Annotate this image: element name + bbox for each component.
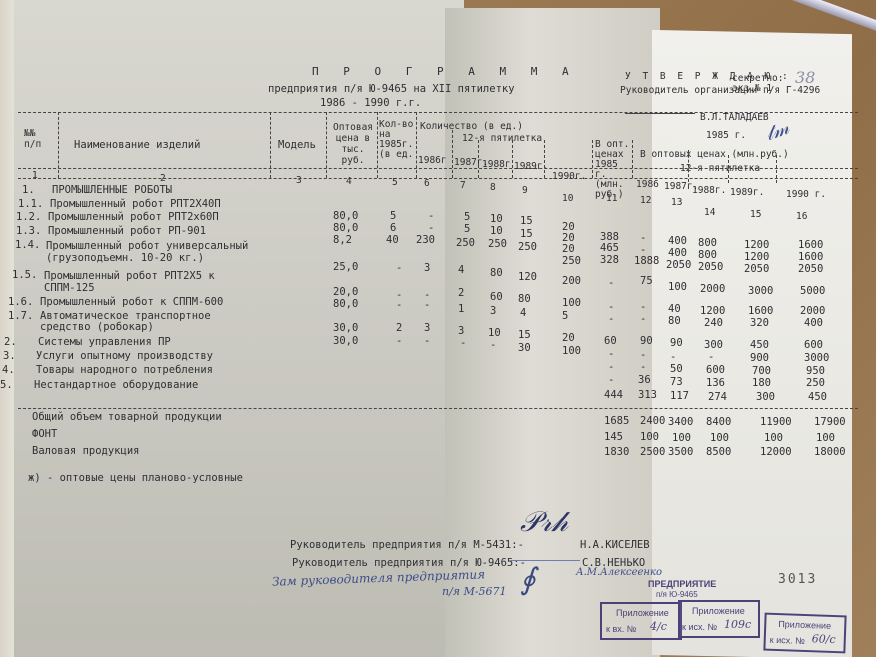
cell-qty: 4 [458,265,464,276]
total-value: 2500 [640,447,665,458]
cell-price: 80,0 [333,223,358,234]
cell-value: 800 [698,250,717,261]
row-num: 4. [2,365,15,376]
cell-qty: 2 [458,288,464,299]
cell-value: 100 [668,282,687,293]
cell-value: 1600 [798,240,823,251]
row-num: 5. [0,380,13,391]
approver-name: В.Л.ТАЛАДАЕВ [700,113,769,123]
cell-price: 30,0 [333,336,358,347]
row-name: Автоматическое транспортное средство (ро… [40,311,240,333]
cell-value: - [640,245,646,256]
col-divider [58,112,59,178]
cell-value: 73 [670,377,683,388]
cell-qty: 5 [464,212,470,223]
cell-value: 80 [668,316,681,327]
cell-qty: - [460,338,466,349]
cell-qty: 30 [518,343,531,354]
cell-value: 313 [638,390,657,401]
row-name: Нестандартное оборудование [34,380,198,391]
cell-value: 90 [640,336,653,347]
enterprise-stamp-line2: п/я Ю-9465 [656,591,698,599]
row-num: 1.7. [8,311,33,322]
cell-value: 320 [750,318,769,329]
cell-qty: - [424,336,430,347]
col-divider [377,112,378,178]
total-value: 8400 [706,417,731,428]
col-divider [512,140,513,178]
cell-qty: 10 [488,328,501,339]
cell-qty: 3 [458,326,464,337]
cell-qty: 1 [458,304,464,315]
cell-value: 1200 [744,240,769,251]
cell-value: - [640,233,646,244]
header-w1990: 1990 г. [786,190,826,200]
total-value: 12000 [760,447,792,458]
cell-value: 400 [804,318,823,329]
cell-value: - [708,352,714,363]
approve-label: У Т В Е Р Ж Д А Ю : [625,72,791,82]
cell-qty: 250 [456,238,475,249]
cell-value: - [608,375,614,386]
total-value: 100 [640,432,659,443]
cell-value: - [608,349,614,360]
cell-value: 1600 [748,306,773,317]
row-num: 1. [22,185,35,196]
cell-value: 2000 [800,306,825,317]
row-name: Услуги опытному производству [36,351,213,362]
col-number: 2 [160,174,166,184]
enterprise-stamp-line1: ПРЕДПРИЯТИЕ [648,580,716,589]
stamp-value: 4/с [650,620,667,633]
col-divider [592,140,593,178]
cell-qty: 80 [518,294,531,305]
cell-qty: 60 [490,292,503,303]
header-model: Модель [278,140,316,151]
stamp-value: 109с [724,618,751,631]
stamp-label: к вх. № [606,624,636,634]
cell-qty: - [490,340,496,351]
cell-qty: - [428,211,434,222]
row-num: 1.5. [12,270,37,281]
document-subtitle: предприятия п/я Ю-9465 на XII пятилетку [268,84,515,95]
header-w1988: 1988г. [692,186,726,196]
signatory-1-label: Руководитель предприятия п/я М-5431:- [290,540,524,551]
cell-value: 117 [670,391,689,402]
col-number: 14 [704,208,715,218]
cell-value: 5000 [800,286,825,297]
stamp-label: к исх. № [682,622,717,632]
cell-value: 2050 [698,262,723,273]
row-num: 1.6. [8,297,33,308]
total-value: 11900 [760,417,792,428]
col-number: 15 [750,210,761,220]
attachment-stamp-3: Приложение к исх. № 60/с [763,613,846,654]
cell-value: 900 [750,353,769,364]
cell-value: 75 [640,276,653,287]
cell-value: 300 [756,392,775,403]
total-value: 100 [764,433,783,444]
approver-position: Руководитель организации п/я Г-4296 [620,86,820,96]
cell-value: 2050 [744,264,769,275]
cell-value: 1600 [798,252,823,263]
handwritten-deputy-name: А.М.Алексеенко [576,568,662,578]
header-y1988: 1988г [482,160,511,170]
cell-value: 240 [704,318,723,329]
attachment-stamp-2: Приложение к исх. № 109с [678,600,760,638]
cell-value: - [640,302,646,313]
col-divider [452,130,453,178]
cell-value: 300 [704,340,723,351]
cell-value: 950 [806,366,825,377]
cell-value: 50 [670,364,683,375]
row-name: Промышленный робот РПТ2Х5 к СППМ-125 [44,270,244,294]
cell-qty: - [424,300,430,311]
cell-qty: 10 [490,226,503,237]
cell-price: 20,0 [333,287,358,298]
row-name: Товары народного потребления [36,365,213,376]
cell-value: 60 [604,336,617,347]
cell-value: 36 [638,375,651,386]
total-value: 100 [816,433,835,444]
col-number: 9 [522,186,528,196]
stamp-title: Приложение [692,606,745,616]
total-row-name: ФОНТ [32,429,57,440]
total-value: 100 [710,433,729,444]
cell-value: 1888 [634,256,659,267]
attachment-stamp-1: Приложение к вх. № 4/с [600,602,682,640]
cell-value: 2050 [798,264,823,275]
cell-qty: 20 [562,222,575,233]
header-name: Наименование изделий [74,140,200,151]
header-qty-group: Количество (в ед.) [420,122,523,132]
cell-price: 25,0 [333,262,358,273]
col-number: 16 [796,212,807,222]
cell-value: 3000 [748,286,773,297]
cell-value: - [670,352,676,363]
col-number: 10 [562,194,573,204]
row-name: Системы управления ПР [38,337,171,348]
table-totals-divider [18,408,858,409]
cell-value: 40 [668,304,681,315]
signature-1: 𝒫𝓇𝒽 [520,508,568,536]
row-name: Промышленный робот РПТ2Х40П [50,199,221,210]
cell-qty: - [396,300,402,311]
cell-qty: 5 [464,224,470,235]
col-number: 5 [392,178,398,188]
cell-value: - [640,314,646,325]
total-value: 8500 [706,447,731,458]
col-number: 4 [346,177,352,187]
cell-value: 180 [752,378,771,389]
table-top-border [18,112,858,113]
cell-value: 800 [698,238,717,249]
col-number: 13 [671,198,682,208]
cell-value: - [608,362,614,373]
header-num: №№ п/п [24,128,52,150]
row-name: Промышленный робот РП-901 [48,226,206,237]
header-qty-sub: 12-я пятилетка [462,134,542,144]
signatory-2-label: Руководитель предприятия п/я Ю-9465:- [292,558,526,569]
registration-number: 3013 [778,573,817,586]
cell-value: - [640,350,646,361]
cell-value: 388 [600,232,619,243]
cell-value: 1200 [700,306,725,317]
cell-qty: - [428,223,434,234]
row-name: Промышленный робот универсальный (грузоп… [46,240,256,264]
cell-value: 136 [706,378,725,389]
document-period: 1986 - 1990 г.г. [320,98,421,109]
col-divider [544,140,545,178]
cell-qty: 3 [424,263,430,274]
header-y1986: 1986г [418,156,447,166]
header-qty1985: Кол-во на 1985г. (в ед. [379,120,415,160]
cell-qty: 15 [520,216,533,227]
cell-qty: 20 [562,333,575,344]
total-row-name: Валовая продукция [32,446,139,457]
col-number: 8 [490,183,496,193]
cell-qty: 200 [562,276,581,287]
cell-value: 90 [670,338,683,349]
cell-qty: 15 [520,229,533,240]
cell-value: - [608,302,614,313]
cell-qty: 10 [490,214,503,225]
row-num: 1.3. [16,226,41,237]
cell-price: 80,0 [333,211,358,222]
cell-qty: 250 [488,239,507,250]
cell-qty: 5 [562,311,568,322]
row-name: Промышленный робот к СППМ-600 [40,297,223,308]
header-wholesale-group: В оптовых ценах (млн.руб.) [640,150,789,160]
table-colnum-divider [18,178,858,179]
cell-qty: - [396,336,402,347]
handwritten-deputy-org: п/я М-5671 [442,586,507,597]
cell-qty: 3 [490,306,496,317]
cell-value: 250 [806,378,825,389]
cell-qty: 120 [518,272,537,283]
col-number: 12 [640,196,651,206]
cell-price: 80,0 [333,299,358,310]
total-value: 3500 [668,447,693,458]
header-w1986: 1986 [636,180,659,190]
cell-qty: 20 [562,244,575,255]
total-value: 2400 [640,416,665,427]
cell-qty: 20 [562,233,575,244]
header-y1990: 1990г. [552,172,586,182]
cell-qty: 100 [562,346,581,357]
col-number: 7 [460,181,466,191]
cell-value: - [608,314,614,325]
col-number: 11 [606,194,617,204]
stamp-label: к исх. № [770,635,805,646]
cell-qty: 250 [518,242,537,253]
cell-value: 465 [600,243,619,254]
header-y1989: 1989г. [514,162,548,172]
cell-value: 400 [668,248,687,259]
header-w1989: 1989г. [730,188,764,198]
cell-price: 8,2 [333,235,352,246]
row-num: 1.2. [16,212,41,223]
approval-year: 1985 г. [706,131,746,141]
cell-value: - [640,362,646,373]
col-divider [416,112,417,178]
total-row-name: Общий объем товарной продукции [32,412,222,423]
col-number: 1 [32,171,38,181]
col-divider [270,112,271,178]
row-num: 2. [4,337,17,348]
signature-line [625,113,695,114]
col-number: 3 [296,176,302,186]
total-value: 17900 [814,417,846,428]
total-value: 3400 [668,417,693,428]
total-value: 1685 [604,416,629,427]
row-name: ПРОМЫШЛЕННЫЕ РОБОТЫ [52,185,172,196]
page-number: 38 [795,70,815,86]
col-divider [632,140,633,178]
cell-qty: 80 [490,268,503,279]
total-value: 18000 [814,447,846,458]
header-price: Оптовая цена в тыс. руб. [330,122,376,166]
cell-qty: 6 [390,223,396,234]
deputy-signature: ∮ [520,565,536,595]
cell-value: 274 [708,392,727,403]
stamp-title: Приложение [616,608,669,618]
cell-value: 700 [752,366,771,377]
cell-qty: 250 [562,256,581,267]
cell-value: 2050 [666,260,691,271]
footnote: ж) - оптовые цены планово-условные [28,473,243,484]
total-value: 100 [672,433,691,444]
stamp-value: 60/с [812,632,836,646]
signatory-1-name: Н.А.КИСЕЛЕВ [580,540,650,551]
row-num: 1.1. [18,199,43,210]
cell-qty: 3 [424,323,430,334]
cell-value: 600 [706,365,725,376]
total-value: 145 [604,432,623,443]
cell-value: 2000 [700,284,725,295]
cell-value: 328 [600,255,619,266]
cell-qty: 40 [386,235,399,246]
cell-value: 400 [668,236,687,247]
header-opt-prices: В опт. ценах 1985 г. (млн. руб.) [595,140,631,200]
col-number: 6 [424,179,430,189]
cell-qty: 5 [390,211,396,222]
cell-qty: 230 [416,235,435,246]
row-num: 3. [3,351,16,362]
cell-qty: - [396,263,402,274]
document-title: П Р О Г Р А М М А [312,66,578,77]
cell-qty: 100 [562,298,581,309]
cell-value: - [608,278,614,289]
row-name: Промышленный робот РПТ2х60П [48,212,219,223]
cell-value: 444 [604,390,623,401]
cell-value: 1200 [744,252,769,263]
signature-2 [510,560,580,561]
cell-qty: 2 [396,323,402,334]
cell-value: 450 [750,340,769,351]
cell-qty: 4 [520,308,526,319]
cell-value: 600 [804,340,823,351]
cell-value: 450 [808,392,827,403]
cell-value: 3000 [804,353,829,364]
stamp-title: Приложение [778,619,831,631]
total-value: 1830 [604,447,629,458]
row-num: 1.4. [15,240,40,251]
col-divider [326,112,327,178]
header-wholesale-sub: 12-я пятилетка [680,164,760,174]
cell-price: 30,0 [333,323,358,334]
cell-qty: 15 [518,330,531,341]
